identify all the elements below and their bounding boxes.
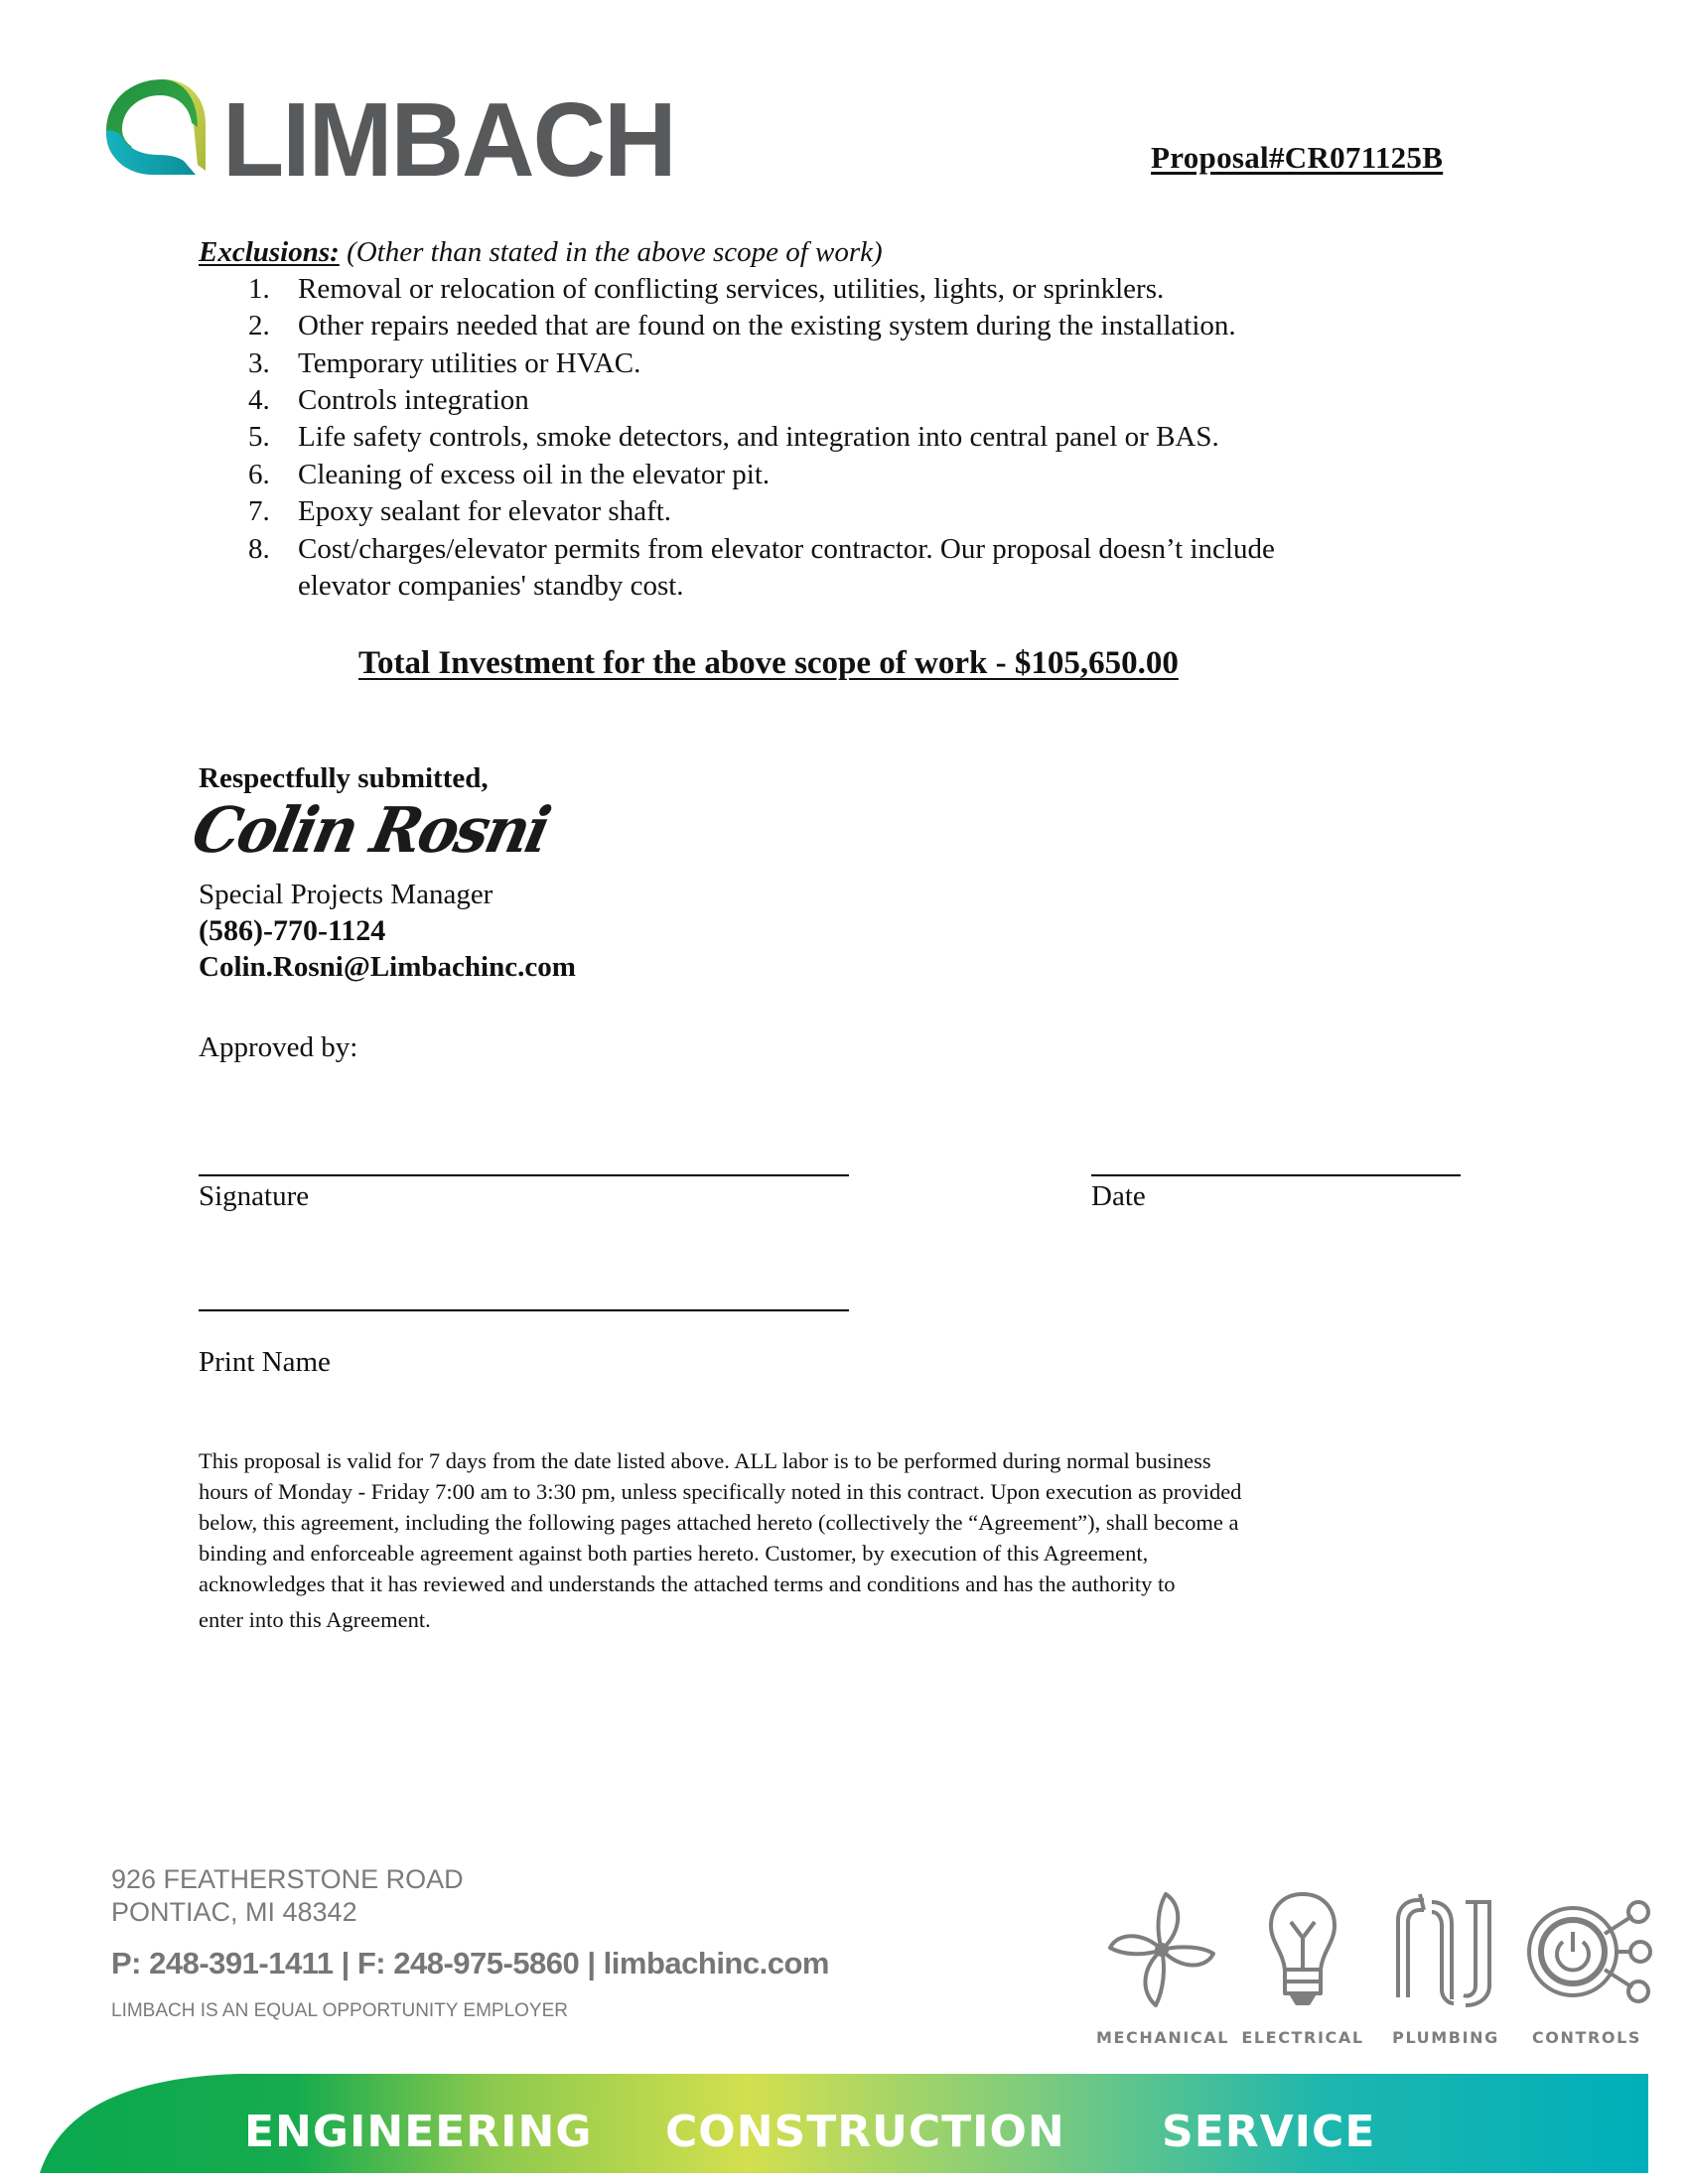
terms-line: hours of Monday - Friday 7:00 am to 3:30… [199, 1479, 1241, 1505]
list-item-text: Life safety controls, smoke detectors, a… [298, 421, 1219, 454]
list-item-number: 3. [248, 347, 270, 380]
service-label-mechanical: MECHANICAL [1096, 2028, 1229, 2047]
list-item-number: 7. [248, 495, 270, 528]
terms-line: acknowledges that it has reviewed and un… [199, 1571, 1175, 1597]
banner-service: SERVICE [1162, 2107, 1375, 2157]
list-item-text: Temporary utilities or HVAC. [298, 347, 640, 380]
list-item-number: 6. [248, 459, 270, 491]
approved-by-label: Approved by: [199, 1031, 357, 1064]
submitter-email[interactable]: Colin.Rosni@Limbachinc.com [199, 951, 576, 984]
footer-address-line2: PONTIAC, MI 48342 [111, 1897, 357, 1928]
footer-eeo: LIMBACH IS AN EQUAL OPPORTUNITY EMPLOYER [111, 2000, 568, 2022]
signature-line[interactable] [199, 1174, 849, 1176]
date-line[interactable] [1091, 1174, 1461, 1176]
service-label-controls: CONTROLS [1525, 2028, 1648, 2047]
list-item-text: Epoxy sealant for elevator shaft. [298, 495, 671, 528]
service-label-plumbing: PLUMBING [1384, 2028, 1507, 2047]
print-name-label: Print Name [199, 1346, 331, 1379]
list-item-continuation: elevator companies' standby cost. [298, 570, 684, 603]
banner-construction: CONSTRUCTION [665, 2107, 1065, 2157]
submitter-title: Special Projects Manager [199, 879, 492, 911]
pipes-icon [1394, 1890, 1493, 2013]
fan-icon [1106, 1890, 1217, 2013]
power-network-icon [1525, 1890, 1652, 2013]
exclusions-note: (Other than stated in the above scope of… [340, 236, 883, 268]
list-item-number: 4. [248, 384, 270, 417]
print-name-line[interactable] [199, 1309, 849, 1311]
list-item-text: Cleaning of excess oil in the elevator p… [298, 459, 770, 491]
footer-contact[interactable]: P: 248-391-1411 | F: 248-975-5860 | limb… [111, 1946, 829, 1981]
proposal-number: Proposal#CR071125B [1151, 140, 1443, 176]
list-item-number: 2. [248, 310, 270, 342]
list-item-text: Removal or relocation of conflicting ser… [298, 273, 1164, 306]
submitter-signature: Colin Rosni [186, 794, 554, 868]
signature-label: Signature [199, 1180, 309, 1213]
exclusions-label: Exclusions: [199, 236, 340, 268]
list-item-number: 1. [248, 273, 270, 306]
terms-line: enter into this Agreement. [199, 1607, 431, 1633]
limbach-logo-text: LIMBACH [222, 87, 675, 193]
total-investment: Total Investment for the above scope of … [358, 645, 1179, 682]
closing-text: Respectfully submitted, [199, 762, 489, 795]
list-item-text: Cost/charges/elevator permits from eleva… [298, 533, 1275, 566]
list-item-text: Other repairs needed that are found on t… [298, 310, 1236, 342]
footer-address-line1: 926 FEATHERSTONE ROAD [111, 1864, 464, 1895]
lightbulb-icon [1267, 1890, 1338, 2013]
list-item-text: Controls integration [298, 384, 529, 417]
exclusions-heading: Exclusions: (Other than stated in the ab… [199, 236, 883, 269]
service-label-electrical: ELECTRICAL [1241, 2028, 1364, 2047]
date-label: Date [1091, 1180, 1146, 1213]
submitter-phone: (586)-770-1124 [199, 914, 385, 948]
banner-engineering: ENGINEERING [244, 2107, 593, 2157]
list-item-number: 5. [248, 421, 270, 454]
terms-line: binding and enforceable agreement agains… [199, 1541, 1148, 1567]
limbach-logo-mark-icon [102, 75, 211, 179]
terms-line: below, this agreement, including the fol… [199, 1510, 1239, 1536]
terms-line: This proposal is valid for 7 days from t… [199, 1448, 1211, 1474]
list-item-number: 8. [248, 533, 270, 566]
